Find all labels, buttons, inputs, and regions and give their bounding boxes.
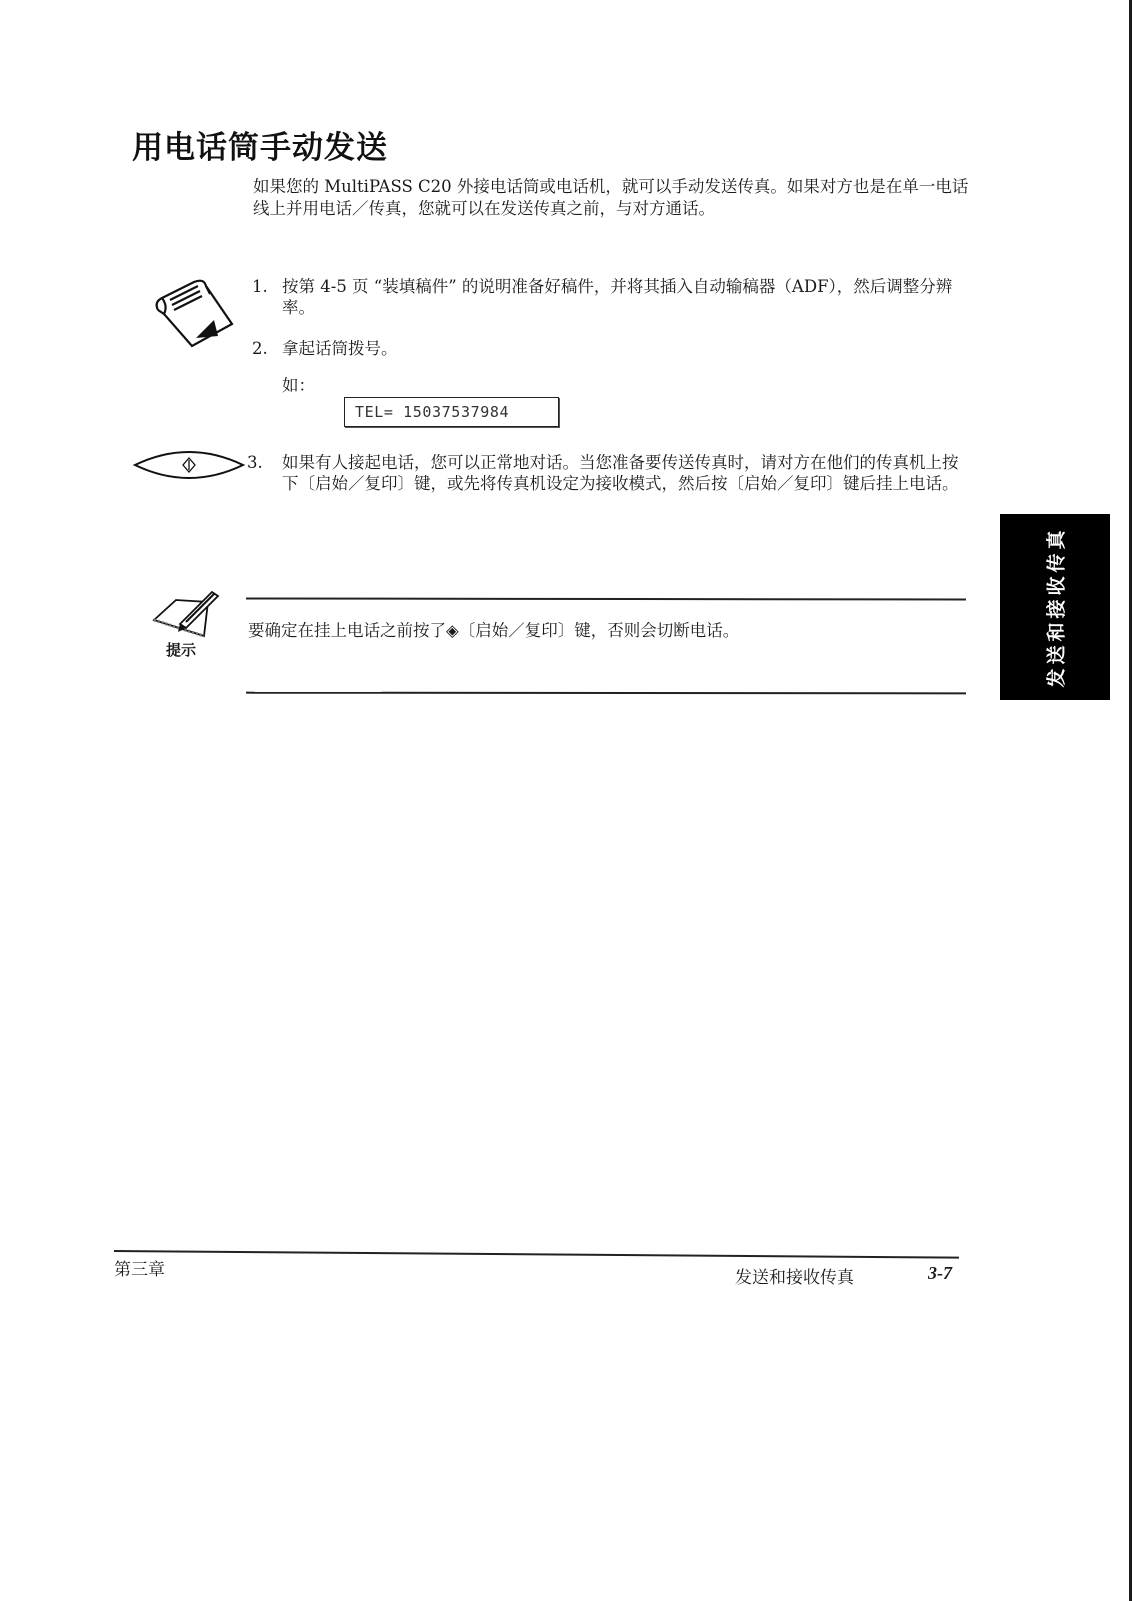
footer-section: 发送和接收传真 [735,1263,854,1288]
step-text: 拿起话筒拨号。 [282,338,962,359]
step-1: 1. 按第 4-5 页 “装填稿件” 的说明准备好稿件，并将其插入自动输稿器（A… [252,276,972,320]
chapter-side-tab: 发送和接收传真 [1000,514,1110,700]
document-feed-icon [152,272,242,352]
intro-paragraph: 如果您的 MultiPASS C20 外接电话筒或电话机，就可以手动发送传真。如… [253,176,973,220]
tip-text: 要确定在挂上电话之前按了◈〔启始／复印〕键，否则会切断电话。 [248,617,739,641]
page-edge-border [1129,0,1132,1601]
footer-chapter: 第三章 [114,1255,165,1280]
step-number: 3. [247,452,263,473]
tip-top-divider [246,597,966,600]
footer-divider [114,1250,959,1258]
step-text: 按第 4-5 页 “装填稿件” 的说明准备好稿件，并将其插入自动输稿器（ADF）… [282,276,962,318]
step-number: 2. [252,338,268,359]
step-3: 3. 如果有人接起电话，您可以正常地对话。当您准备要传送传真时，请对方在他们的传… [247,452,972,518]
pencil-note-icon [150,588,225,638]
step-number: 1. [252,276,268,297]
tip-bottom-divider [246,692,966,694]
page-number: 3-7 [928,1263,952,1284]
tip-label: 提示 [166,639,196,660]
start-copy-button-icon [132,447,247,483]
step-2: 2. 拿起话筒拨号。 [252,338,972,360]
example-label: 如： [282,372,315,396]
page-title: 用电话筒手动发送 [132,122,388,167]
chapter-side-tab-label: 发送和接收传真 [1042,526,1069,687]
lcd-display: TEL= 15037537984 [344,397,559,427]
step-text: 如果有人接起电话，您可以正常地对话。当您准备要传送传真时，请对方在他们的传真机上… [282,452,962,494]
